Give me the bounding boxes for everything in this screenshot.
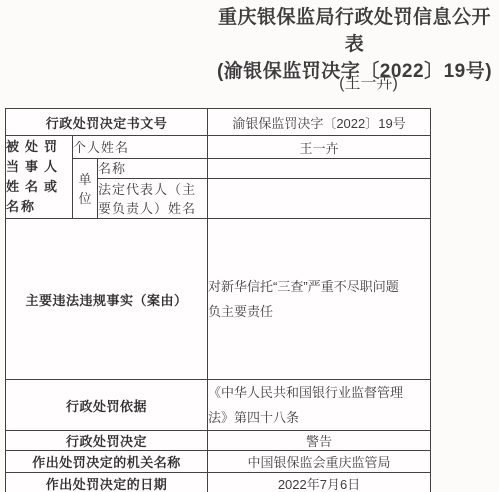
basis-value: 《中华人民共和国银行业监督管理 法》第四十八条: [208, 380, 431, 431]
unit-label: 单位: [73, 159, 98, 219]
party-name-label-line4: 名称: [6, 197, 72, 217]
date-value: 2022年7月6日: [208, 473, 431, 492]
row-doc-number: 行政处罚决定书文号 渝银保监罚决字〔2022〕19号: [6, 109, 431, 136]
decision-label: 行政处罚决定: [6, 431, 208, 451]
row-decision: 行政处罚决定 警告: [6, 431, 431, 451]
signatory-name: (王一卉): [238, 72, 499, 96]
row-date: 作出处罚决定的日期 2022年7月6日: [6, 473, 431, 492]
authority-value: 中国银保监会重庆监管局: [208, 451, 431, 473]
personal-name-label: 个人姓名: [73, 136, 208, 159]
doc-number-value: 渝银保监罚决字〔2022〕19号: [208, 109, 431, 136]
row-personal-name: 被处罚 当事人 姓名或 名称 个人姓名 王一卉: [6, 136, 431, 159]
party-name-label: 被处罚 当事人 姓名或 名称: [6, 136, 73, 219]
personal-name-value: 王一卉: [208, 136, 431, 159]
authority-label: 作出处罚决定的机关名称: [6, 451, 208, 473]
unit-name-value: [208, 159, 431, 179]
party-name-label-line3: 姓名或: [6, 177, 72, 197]
date-label: 作出处罚决定的日期: [6, 473, 208, 492]
party-name-label-line2: 当事人: [6, 157, 72, 177]
document-title-line1: 重庆银保监局行政处罚信息公开表: [210, 4, 499, 58]
doc-number-label: 行政处罚决定书文号: [6, 109, 208, 136]
basis-label: 行政处罚依据: [6, 380, 208, 431]
row-violation: 主要违法违规事实（案由） 对新华信托“三查”严重不尽职问题 负主要责任: [6, 219, 431, 380]
violation-label: 主要违法违规事实（案由）: [6, 219, 208, 380]
unit-label-text: 单位: [78, 170, 93, 208]
legal-rep-label: 法定代表人（主要负责人）姓名: [98, 179, 208, 219]
legal-rep-value: [208, 179, 431, 219]
row-basis: 行政处罚依据 《中华人民共和国银行业监督管理 法》第四十八条: [6, 380, 431, 431]
violation-value: 对新华信托“三查”严重不尽职问题 负主要责任: [208, 219, 431, 380]
party-name-label-line1: 被处罚: [6, 137, 72, 157]
row-authority: 作出处罚决定的机关名称 中国银保监会重庆监管局: [6, 451, 431, 473]
penalty-info-table: 行政处罚决定书文号 渝银保监罚决字〔2022〕19号 被处罚 当事人 姓名或 名…: [5, 108, 431, 492]
unit-name-label: 名称: [98, 159, 208, 179]
decision-value: 警告: [208, 431, 431, 451]
